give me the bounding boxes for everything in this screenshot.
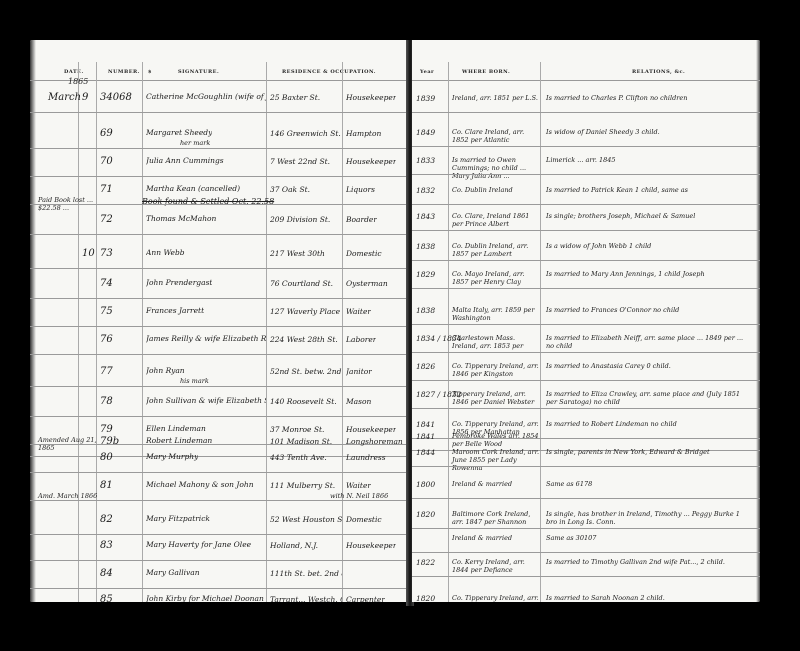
entry-relations: Is married to Frances O'Connor no child xyxy=(546,306,679,314)
entry-where-born: Malta Italy, arr. 1859 per Washington xyxy=(452,306,540,322)
entry-residence: 146 Greenwich St. xyxy=(270,129,341,138)
entry-number: 84 xyxy=(100,568,113,579)
entry-residence: 443 Tenth Ave. xyxy=(270,453,327,462)
header-signature: SIGNATURE. xyxy=(178,69,219,75)
entry-number: 73 xyxy=(100,248,113,259)
entry-number: 85 xyxy=(100,594,113,602)
entry-year: 1838 xyxy=(416,242,435,251)
entry-signature: Mary Gallivan xyxy=(146,568,200,577)
entry-occupation: Janitor xyxy=(346,367,372,376)
entry-signature: Julia Ann Cummings xyxy=(146,156,224,165)
entry-relations: Is single; brothers Joseph, Michael & Sa… xyxy=(546,212,695,220)
ledger-book: DATE. NUMBER. $ SIGNATURE. RESIDENCE & O… xyxy=(18,40,778,620)
entry-residence: 127 Waverly Place xyxy=(270,307,340,316)
entry-occupation: Housekeeper xyxy=(346,93,396,102)
entry-year: 1822 xyxy=(416,558,435,567)
row-rule xyxy=(412,146,760,147)
row-rule xyxy=(30,560,408,561)
entry-signature: Mary Haverty for Jane Olee xyxy=(146,540,251,549)
entry-year: 1843 xyxy=(416,212,435,221)
entry-where-born: Co. Tipperary Ireland, arr. 1846 per Kin… xyxy=(452,362,540,378)
entry-residence: 140 Roosevelt St. xyxy=(270,397,337,406)
table-row: 72Thomas McMahon209 Division St.Boarder xyxy=(30,210,408,246)
entry-where-born: Co. Clare Ireland, arr. 1852 per Atlanti… xyxy=(452,128,540,144)
entry-residence: 25 Baxter St. xyxy=(270,93,320,102)
entry-relations: Is married to Charles P. Clifton no chil… xyxy=(546,94,687,102)
entry-number: 79b xyxy=(100,436,119,447)
entry-residence: 111th St. bet. 2nd & 3rd Av. xyxy=(270,569,342,578)
entry-signature: Martha Kean (cancelled) xyxy=(146,184,240,193)
entry-relations: Is married to Mary Ann Jennings, 1 child… xyxy=(546,270,705,278)
row-rule xyxy=(412,288,760,289)
header-number: NUMBER. xyxy=(108,69,140,75)
row-rule xyxy=(412,466,760,467)
row-rule xyxy=(412,380,760,381)
entry-signature: Margaret Sheedy xyxy=(146,128,212,137)
entry-residence: 52 West Houston St. xyxy=(270,515,342,524)
entry-occupation: Carpenter xyxy=(346,595,385,602)
entry-year: 1839 xyxy=(416,94,435,103)
table-row: 76James Reilly & wife Elizabeth Reilly22… xyxy=(30,330,408,366)
entry-residence: 7 West 22nd St. xyxy=(270,157,330,166)
entry-where-born: Tipperary Ireland, arr. 1846 per Daniel … xyxy=(452,390,540,406)
entry-year: 1820 xyxy=(416,510,435,519)
entry-where-born: Co. Clare, Ireland 1861 per Prince Alber… xyxy=(452,212,540,228)
entry-signature: John Ryan xyxy=(146,366,185,375)
entry-day: 9 xyxy=(82,92,88,103)
entry-relations: Is married to Robert Lindeman no child xyxy=(546,420,677,428)
entry-occupation: Housekeeper xyxy=(346,541,396,550)
entry-where-born: Ireland, arr. 1851 per L.S. xyxy=(452,94,538,102)
entry-relations: Limerick ... arr. 1845 xyxy=(546,156,616,164)
entry-number: 70 xyxy=(100,156,113,167)
entry-residence: 76 Courtland St. xyxy=(270,279,333,288)
right-header-row: Year WHERE BORN. RELATIONS, &c. xyxy=(412,66,760,81)
entry-year: 1833 xyxy=(416,156,435,165)
table-row: 1839Ireland, arr. 1851 per L.S.Is marrie… xyxy=(412,90,760,126)
header-residence: RESIDENCE & OCCUPATION. xyxy=(282,69,376,75)
entry-number: 81 xyxy=(100,480,113,491)
entry-number: 74 xyxy=(100,278,113,289)
entry-number: 69 xyxy=(100,128,113,139)
entry-signature: John Prendergast xyxy=(146,278,212,287)
entry-mark: her mark xyxy=(180,139,210,147)
entry-relations: Is single, has brother in Ireland, Timot… xyxy=(546,510,752,526)
header-dollar: $ xyxy=(148,69,152,75)
entry-relations: Is single, parents in New York, Edward &… xyxy=(546,448,710,456)
header-relations: RELATIONS, &c. xyxy=(632,69,685,75)
entry-residence: 209 Division St. xyxy=(270,215,330,224)
row-rule xyxy=(30,268,408,269)
table-row: March934068Catherine McGoughlin (wife of… xyxy=(30,88,408,124)
year-mark: 1865 xyxy=(68,78,88,86)
entry-signature: Mary Fitzpatrick xyxy=(146,514,210,523)
right-page: Year WHERE BORN. RELATIONS, &c. 1839Irel… xyxy=(412,40,760,602)
entry-signature: Thomas McMahon xyxy=(146,214,216,223)
row-rule xyxy=(412,230,760,231)
entry-relations: Is a widow of John Webb 1 child xyxy=(546,242,651,250)
row-rule xyxy=(412,112,760,113)
entry-relations: Is married to Timothy Gallivan 2nd wife … xyxy=(546,558,725,566)
entry-year: 1826 xyxy=(416,362,435,371)
margin-note: Amd. March 1866 xyxy=(38,492,97,500)
entry-number: 72 xyxy=(100,214,113,225)
entry-number: 80 xyxy=(100,452,113,463)
entry-occupation: Boarder xyxy=(346,215,377,224)
entry-signature: James Reilly & wife Elizabeth Reilly xyxy=(146,334,266,343)
entry-relations: Is widow of Daniel Sheedy 3 child. xyxy=(546,128,660,136)
table-row: 1844Maroom Cork Ireland, arr. June 1855 … xyxy=(412,444,760,480)
header-where-born: WHERE BORN. xyxy=(462,69,510,75)
table-row: 81Michael Mahony & son John111 Mulberry … xyxy=(30,476,408,512)
entry-signature: John Sullivan & wife Elizabeth Sullivan xyxy=(146,396,266,405)
entry-where-born: Co. Mayo Ireland, arr. 1857 per Henry Cl… xyxy=(452,270,540,286)
row-rule xyxy=(30,416,408,417)
entry-number: 77 xyxy=(100,366,113,377)
row-rule xyxy=(412,204,760,205)
entry-number: 76 xyxy=(100,334,113,345)
entry-relations: Is married to Sarah Noonan 2 child. xyxy=(546,594,665,602)
row-rule xyxy=(30,472,408,473)
entry-number: 75 xyxy=(100,306,113,317)
row-rule xyxy=(30,204,408,205)
entry-number: 34068 xyxy=(100,92,132,103)
row-rule xyxy=(412,408,760,409)
entry-signature: Mary Murphy xyxy=(146,452,198,461)
entry-day: 10 xyxy=(82,248,95,259)
row-rule xyxy=(412,324,760,325)
entry-residence: 101 Madison St. xyxy=(270,437,332,446)
entry-occupation: Domestic xyxy=(346,249,382,258)
entry-residence: 37 Oak St. xyxy=(270,185,310,194)
entry-where-born: Maroom Cork Ireland, arr. June 1855 per … xyxy=(452,448,540,472)
entry-occupation: Liquors xyxy=(346,185,375,194)
row-rule xyxy=(30,148,408,149)
entry-relations: Is married to Anastasia Carey 0 child. xyxy=(546,362,671,370)
entry-signature: Robert Lindeman xyxy=(146,436,212,445)
entry-year: 1820 xyxy=(416,594,435,602)
entry-occupation: Longshoreman xyxy=(346,437,403,446)
entry-relations: Is married to Eliza Crawley, arr. same p… xyxy=(546,390,752,406)
entry-relations: Is married to Patrick Kean 1 child, same… xyxy=(546,186,688,194)
entry-signature: John Kirby for Michael Doonan xyxy=(146,594,264,602)
entry-occupation: Hampton xyxy=(346,129,381,138)
header-date: DATE. xyxy=(64,69,84,75)
entry-residence: 52nd St. betw. 2nd & Lex Av. xyxy=(270,367,342,376)
row-rule xyxy=(30,234,408,235)
entry-year: 1838 xyxy=(416,306,435,315)
row-rule xyxy=(412,352,760,353)
entry-where-born: Ireland & married xyxy=(452,480,512,488)
entry-residence: 224 West 28th St. xyxy=(270,335,338,344)
entry-number: 83 xyxy=(100,540,113,551)
row-rule xyxy=(412,260,760,261)
entry-number: 71 xyxy=(100,184,113,195)
entry-residence: 217 West 30th xyxy=(270,249,325,258)
entry-year: 1800 xyxy=(416,480,435,489)
table-row: 1829Co. Mayo Ireland, arr. 1857 per Henr… xyxy=(412,266,760,302)
entry-year: 1844 xyxy=(416,448,435,457)
entry-number: 82 xyxy=(100,514,113,525)
row-rule xyxy=(30,534,408,535)
entry-where-born: Co. Tipperary Ireland, arr. 1847 per Dov… xyxy=(452,594,540,602)
entry-year: 1829 xyxy=(416,270,435,279)
entry-extra: with N. Neil 1866 xyxy=(330,492,388,500)
row-rule xyxy=(412,576,760,577)
entry-occupation: Mason xyxy=(346,397,371,406)
entry-where-born: Co. Dublin Ireland xyxy=(452,186,513,194)
entry-mark: his mark xyxy=(180,377,209,385)
entry-signature: Ann Webb xyxy=(146,248,185,257)
header-year: Year xyxy=(420,69,434,75)
row-rule xyxy=(30,112,408,113)
entry-occupation: Oysterman xyxy=(346,279,388,288)
row-rule xyxy=(412,528,760,529)
row-rule xyxy=(30,588,408,589)
entry-year: 1841 xyxy=(416,432,435,441)
row-rule xyxy=(412,498,760,499)
row-rule xyxy=(30,326,408,327)
table-row: 1822Co. Kerry Ireland, arr. 1844 per Def… xyxy=(412,554,760,590)
entry-occupation: Waiter xyxy=(346,307,371,316)
entry-occupation: Domestic xyxy=(346,515,382,524)
entry-where-born: Co. Dublin Ireland, arr. 1857 per Lamber… xyxy=(452,242,540,258)
entry-number: 78 xyxy=(100,396,113,407)
row-rule xyxy=(30,500,408,501)
table-row: 1820Co. Tipperary Ireland, arr. 1847 per… xyxy=(412,590,760,602)
row-rule xyxy=(30,386,408,387)
entry-year: 1832 xyxy=(416,186,435,195)
row-rule xyxy=(412,552,760,553)
row-rule xyxy=(30,176,408,177)
entry-residence: Tarrant... Westch. Co. N.Y. xyxy=(270,595,342,602)
entry-occupation: Laundress xyxy=(346,453,386,462)
entry-relations: Same as 30107 xyxy=(546,534,596,542)
entry-date: March xyxy=(48,92,81,103)
left-page: DATE. NUMBER. $ SIGNATURE. RESIDENCE & O… xyxy=(30,40,408,602)
row-rule xyxy=(412,174,760,175)
entry-signature: Frances Jarrett xyxy=(146,306,204,315)
entry-where-born: Co. Kerry Ireland, arr. 1844 per Defianc… xyxy=(452,558,540,574)
entry-residence: 111 Mulberry St. xyxy=(270,481,335,490)
entry-occupation: Laborer xyxy=(346,335,376,344)
table-row: 85John Kirby for Michael DoonanTarrant..… xyxy=(30,590,408,602)
entry-where-born: Is married to Owen Cummings; no child ..… xyxy=(452,156,540,180)
entry-relations: Is married to Elizabeth Neiff, arr. same… xyxy=(546,334,752,350)
row-rule xyxy=(30,354,408,355)
entry-where-born: Baltimore Cork Ireland, arr. 1847 per Sh… xyxy=(452,510,540,526)
entry-occupation: Waiter xyxy=(346,481,371,490)
entry-signature: Michael Mahony & son John xyxy=(146,480,254,489)
entry-signature: Catherine McGoughlin (wife of James) xyxy=(146,92,266,101)
entry-where-born: Ireland & married xyxy=(452,534,512,542)
entry-residence: Holland, N.J. xyxy=(270,541,318,550)
entry-where-born: Charlestown Mass. Ireland, arr. 1853 per xyxy=(452,334,540,350)
entry-year: 1849 xyxy=(416,128,435,137)
entry-relations: Same as 6178 xyxy=(546,480,592,488)
row-rule xyxy=(30,298,408,299)
entry-occupation: Housekeeper xyxy=(346,157,396,166)
